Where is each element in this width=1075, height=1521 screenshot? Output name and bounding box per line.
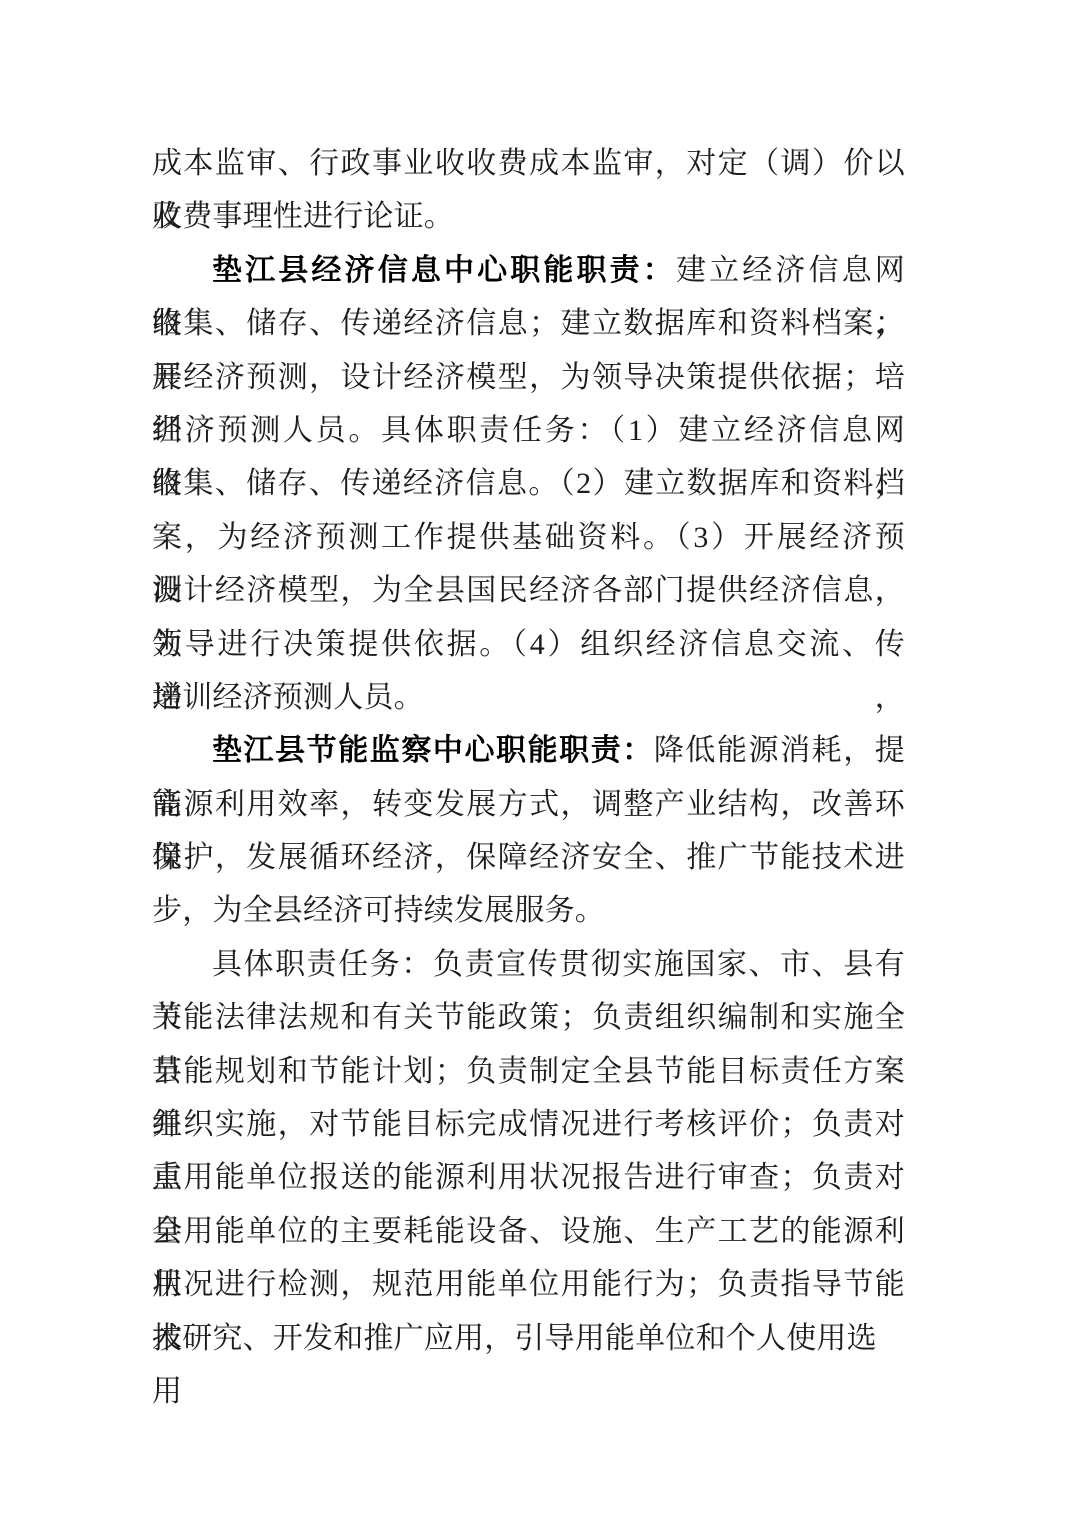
- paragraph: 垫江县经济信息中心职能职责：建立经济信息网络，收集、储存、传递经济信息；建立数据…: [152, 244, 905, 725]
- text-line: 保护，发展循环经济，保障经济安全、推广节能技术进: [152, 831, 905, 884]
- paragraph: 成本监审、行政事业收收费成本监审，对定（调）价以及收费事理性进行论证。: [152, 137, 905, 244]
- section-heading: 垫江县经济信息中心职能职责：: [212, 254, 676, 287]
- text-line: 具体职责任务：负责宣传贯彻实施国家、市、县有关: [152, 938, 905, 991]
- text-line: 点用能单位报送的能源利用状况报告进行审查；负责对全: [152, 1151, 905, 1204]
- text-line: 收集、储存、传递经济信息；建立数据库和资料档案；开: [152, 297, 905, 350]
- line-text: 术研究、开发和推广应用，引导用能单位和个人使用选用: [152, 1322, 877, 1408]
- paragraph: 垫江县节能监察中心职能职责：降低能源消耗，提高能源利用效率，转变发展方式，调整产…: [152, 724, 905, 938]
- line-text: 收费事理性进行论证。: [152, 200, 454, 233]
- text-line: 节能规划和节能计划；负责制定全县节能目标责任方案并: [152, 1045, 905, 1098]
- document-page: 成本监审、行政事业收收费成本监审，对定（调）价以及收费事理性进行论证。垫江县经济…: [0, 0, 1075, 1521]
- text-line: 经济预测人员。具体职责任务：（1）建立经济信息网络，: [152, 404, 905, 457]
- text-line: 县用能单位的主要耗能设备、设施、生产工艺的能源利用: [152, 1205, 905, 1258]
- text-line: 收集、储存、传递经济信息。（2）建立数据库和资料档: [152, 457, 905, 510]
- text-line: 垫江县节能监察中心职能职责：降低能源消耗，提高: [152, 724, 905, 777]
- text-line: 步，为全县经济可持续发展服务。: [152, 884, 905, 937]
- text-line: 状况进行检测，规范用能单位用能行为；负责指导节能技: [152, 1258, 905, 1311]
- line-text: 收集、储存、传递经济信息。（2）建立数据库和资料档: [152, 467, 905, 500]
- text-line: 成本监审、行政事业收收费成本监审，对定（调）价以及: [152, 137, 905, 190]
- line-text: 保护，发展循环经济，保障经济安全、推广节能技术进: [152, 841, 905, 874]
- text-line: 节能法律法规和有关节能政策；负责组织编制和实施全县: [152, 991, 905, 1044]
- text-line: 能源利用效率，转变发展方式，调整产业结构，改善环境: [152, 778, 905, 831]
- text-line: 案，为经济预测工作提供基础资料。（3）开展经济预测，: [152, 511, 905, 564]
- line-text: 步，为全县经济可持续发展服务。: [152, 894, 605, 927]
- line-text: 培训经济预测人员。: [152, 681, 424, 714]
- text-line: 组织实施，对节能目标完成情况进行考核评价；负责对重: [152, 1098, 905, 1151]
- paragraph: 具体职责任务：负责宣传贯彻实施国家、市、县有关节能法律法规和有关节能政策；负责组…: [152, 938, 905, 1365]
- text-line: 展经济预测，设计经济模型，为领导决策提供依据；培训: [152, 351, 905, 404]
- text-line: 领导进行决策提供依据。（4）组织经济信息交流、传递，: [152, 618, 905, 671]
- text-line: 设计经济模型，为全县国民经济各部门提供经济信息，为: [152, 564, 905, 617]
- text-line: 收费事理性进行论证。: [152, 190, 905, 243]
- document-body: 成本监审、行政事业收收费成本监审，对定（调）价以及收费事理性进行论证。垫江县经济…: [152, 137, 905, 1365]
- text-line: 术研究、开发和推广应用，引导用能单位和个人使用选用: [152, 1312, 905, 1365]
- text-line: 垫江县经济信息中心职能职责：建立经济信息网络，: [152, 244, 905, 297]
- section-heading: 垫江县节能监察中心职能职责：: [212, 734, 654, 767]
